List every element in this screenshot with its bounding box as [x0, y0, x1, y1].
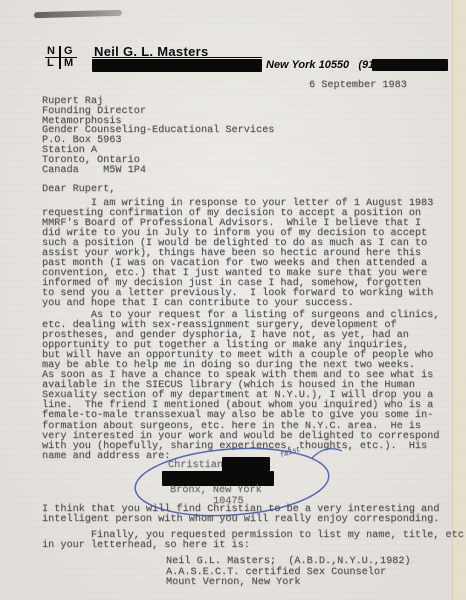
logo-letter: M [64, 58, 73, 68]
recipient-address-block: Rupert Raj Founding Director Metamorphos… [42, 97, 274, 175]
redaction-bar-surname [222, 457, 270, 472]
salutation: Dear Rupert, [42, 184, 115, 195]
body-paragraph-2: As to your request for a listing of surg… [42, 311, 439, 462]
body-paragraph-3: I think that you will find Christian to … [42, 505, 439, 525]
body-paragraph-4: Finally, you requested permission to lis… [42, 531, 466, 551]
logo-letter: L [47, 58, 54, 68]
letterhead-city-line: New York 10550 (914) [266, 59, 384, 71]
redaction-bar-phone [372, 59, 448, 71]
contact-city: Bronx, New York [170, 485, 262, 496]
scanned-letter-page: N G L M Neil G. L. Masters New York 1055… [0, 0, 466, 600]
logo-letter: G [64, 46, 73, 56]
scan-edge-strip [452, 0, 466, 600]
pencil-smudge-mark [34, 10, 122, 18]
contact-first-name: Christian [168, 460, 223, 471]
body-paragraph-1: I am writing in response to your letter … [42, 199, 433, 310]
logo-letter: N [47, 46, 55, 56]
monogram-logo: N G L M [45, 46, 77, 69]
redaction-bar-street [162, 471, 274, 486]
letterhead-rule [92, 57, 262, 58]
logo-divider-horizontal [45, 57, 77, 59]
letter-date: 6 September 1983 [309, 80, 407, 91]
signature-block: Neil G.L. Masters; (A.B.D.,N.Y.U.,1982) … [166, 557, 411, 589]
redaction-bar-address [92, 59, 262, 72]
